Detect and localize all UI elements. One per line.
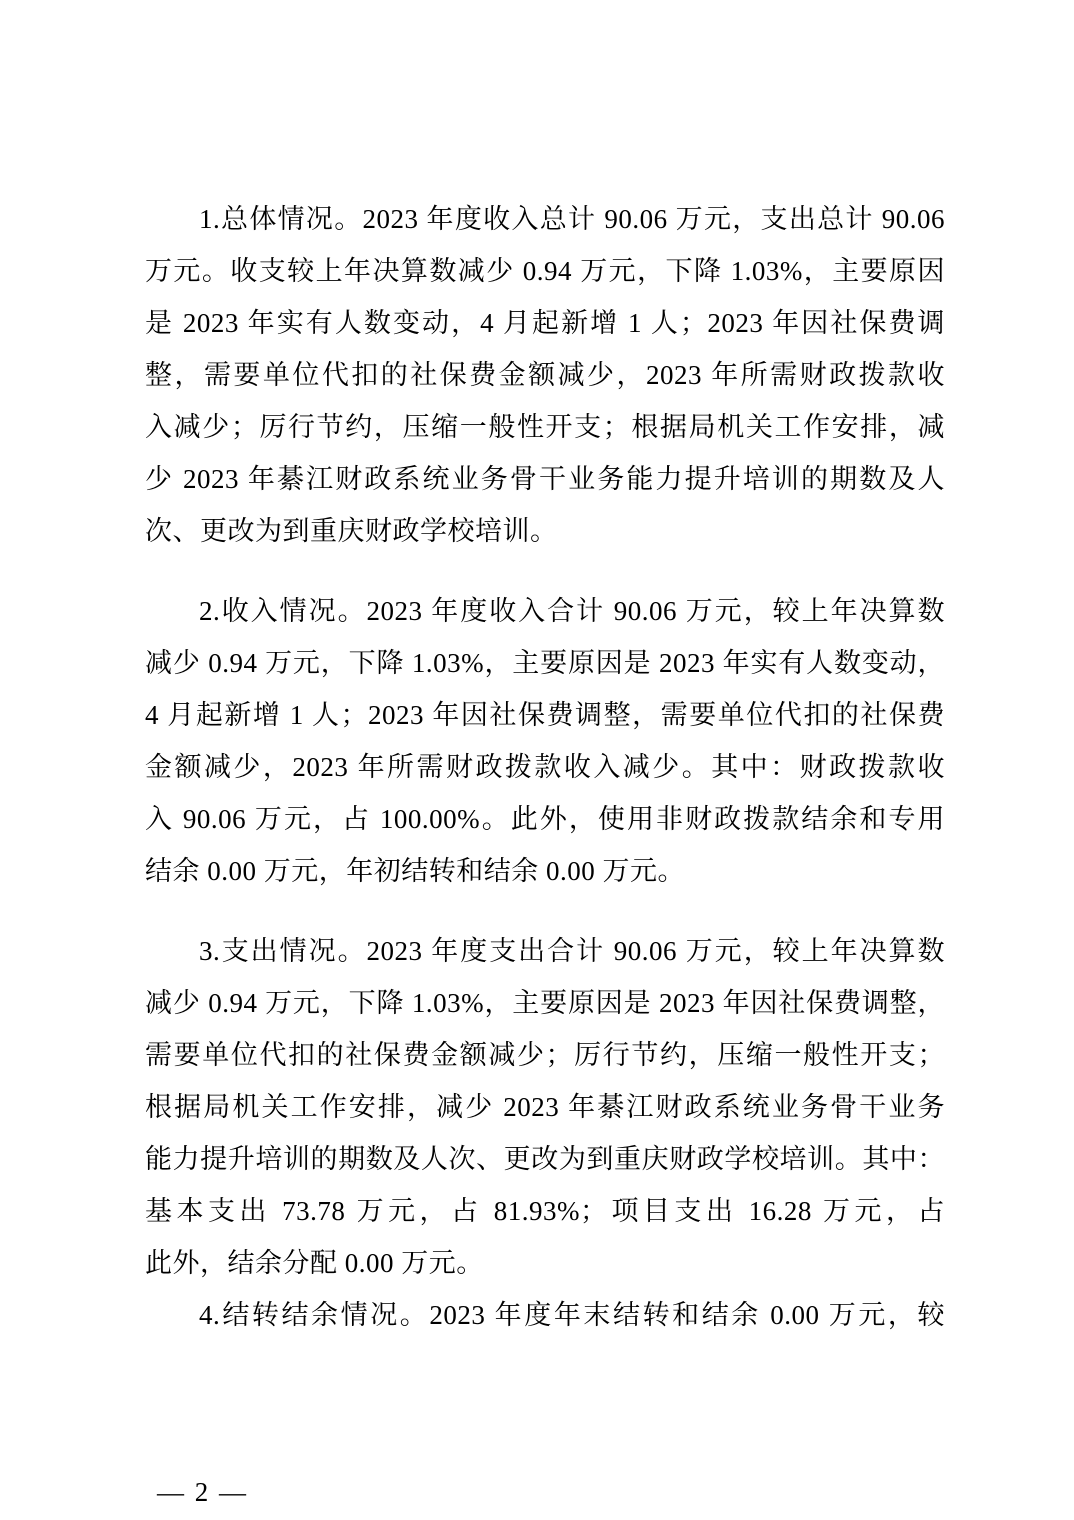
text-line: 4.结转结余情况。2023 年度年末结转和结余 0.00 万元，较 (145, 1289, 945, 1341)
text-line: 4 月起新增 1 人；2023 年因社保费调整，需要单位代扣的社保费 (145, 689, 945, 741)
paragraph-income-situation: 2.收入情况。2023 年度收入合计 90.06 万元，较上年决算数 减少 0.… (145, 585, 945, 897)
text-line: 结余 0.00 万元，年初结转和结余 0.00 万元。 (145, 845, 945, 897)
text-line: 入减少；厉行节约，压缩一般性开支；根据局机关工作安排，减 (145, 401, 945, 453)
paragraph-overall-situation: 1.总体情况。2023 年度收入总计 90.06 万元，支出总计 90.06 万… (145, 193, 945, 557)
text-line: 整，需要单位代扣的社保费金额减少，2023 年所需财政拨款收 (145, 349, 945, 401)
text-line: 少 2023 年綦江财政系统业务骨干业务能力提升培训的期数及人 (145, 453, 945, 505)
text-line: 入 90.06 万元，占 100.00%。此外，使用非财政拨款结余和专用 (145, 793, 945, 845)
text-line: 1.总体情况。2023 年度收入总计 90.06 万元，支出总计 90.06 (145, 193, 945, 245)
text-line: 2.收入情况。2023 年度收入合计 90.06 万元，较上年决算数 (145, 585, 945, 637)
text-line: 减少 0.94 万元，下降 1.03%，主要原因是 2023 年实有人数变动， (145, 637, 945, 689)
page-number: — 2 — (157, 1466, 248, 1518)
text-line: 次、更改为到重庆财政学校培训。 (145, 505, 945, 557)
text-line: 基本支出 73.78 万元，占 81.93%；项目支出 16.28 万元，占 1… (145, 1185, 945, 1237)
text-line: 根据局机关工作安排，减少 2023 年綦江财政系统业务骨干业务 (145, 1081, 945, 1133)
paragraph-expenditure-situation: 3.支出情况。2023 年度支出合计 90.06 万元，较上年决算数 减少 0.… (145, 925, 945, 1289)
text-line: 万元。收支较上年决算数减少 0.94 万元，下降 1.03%，主要原因 (145, 245, 945, 297)
document-body: 1.总体情况。2023 年度收入总计 90.06 万元，支出总计 90.06 万… (145, 193, 945, 1341)
text-line: 能力提升培训的期数及人次、更改为到重庆财政学校培训。其中： (145, 1133, 945, 1185)
document-page: 1.总体情况。2023 年度收入总计 90.06 万元，支出总计 90.06 万… (0, 0, 1074, 1520)
text-line: 此外，结余分配 0.00 万元。 (145, 1237, 945, 1289)
text-line: 是 2023 年实有人数变动，4 月起新增 1 人；2023 年因社保费调 (145, 297, 945, 349)
text-line: 需要单位代扣的社保费金额减少；厉行节约，压缩一般性开支； (145, 1029, 945, 1081)
paragraph-carryover-balance: 4.结转结余情况。2023 年度年末结转和结余 0.00 万元，较 (145, 1289, 945, 1341)
text-line: 金额减少，2023 年所需财政拨款收入减少。其中：财政拨款收 (145, 741, 945, 793)
text-line: 减少 0.94 万元，下降 1.03%，主要原因是 2023 年因社保费调整， (145, 977, 945, 1029)
text-line: 3.支出情况。2023 年度支出合计 90.06 万元，较上年决算数 (145, 925, 945, 977)
